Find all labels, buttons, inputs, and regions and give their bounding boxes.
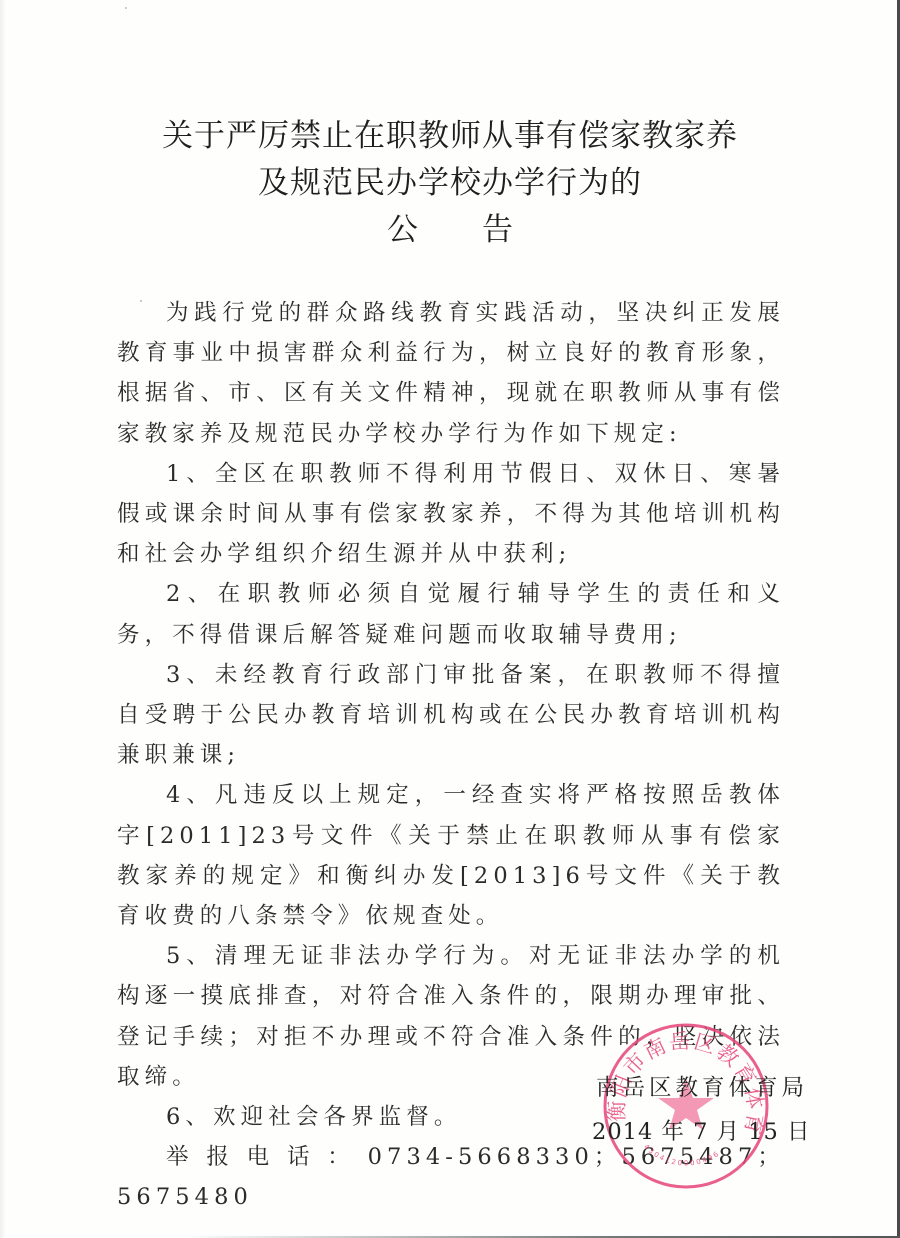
rule-4-paragraph: 4、凡违反以上规定，一经查实将严格按照岳教体字[2011]23号文件《关于禁止在… (117, 775, 785, 936)
issue-date: 2014 年 7 月 15 日 (592, 1110, 810, 1154)
heading-char-2: 告 (482, 207, 513, 254)
scan-speck (125, 7, 127, 9)
title-line-1: 关于严厉禁止在职教师从事有偿家教家养 (0, 113, 900, 160)
rule-2-paragraph: 2、在职教师必须自觉履行辅导学生的责任和义务，不得借课后解答疑难问题而收取辅导费… (117, 574, 785, 654)
issuer-name: 南岳区教育体育局 (596, 1066, 810, 1110)
rule-1-paragraph: 1、全区在职教师不得利用节假日、双休日、寒暑假或课余时间从事有偿家教家养，不得为… (117, 454, 785, 575)
signature-block: 南岳区教育体育局 2014 年 7 月 15 日 (596, 1066, 810, 1154)
intro-paragraph: 为践行党的群众路线教育实践活动，坚决纠正发展教育事业中损害群众利益行为，树立良好… (117, 293, 785, 454)
notice-heading: 公告 (0, 207, 900, 254)
heading-char-1: 公 (387, 207, 418, 254)
rule-3-paragraph: 3、未经教育行政部门审批备案，在职教师不得擅自受聘于公民办教育培训机构或在公民办… (117, 655, 785, 776)
scan-speck (405, 993, 407, 995)
document-title: 关于严厉禁止在职教师从事有偿家教家养 及规范民办学校办学行为的 公告 (0, 113, 900, 254)
title-line-2: 及规范民办学校办学行为的 (0, 160, 900, 207)
scan-speck (140, 300, 142, 302)
